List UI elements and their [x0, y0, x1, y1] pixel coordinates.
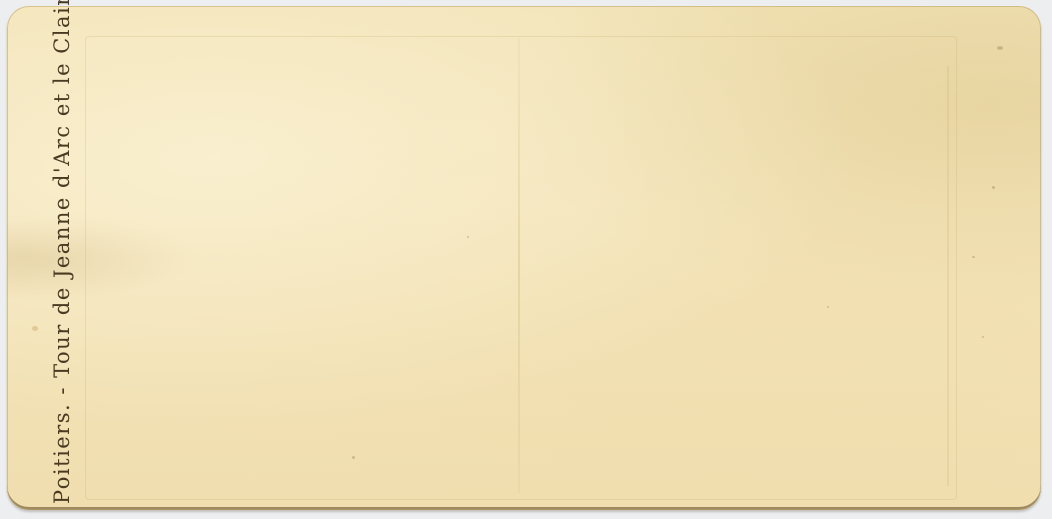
paper-speck	[982, 336, 984, 338]
scan-background: Poitiers. - Tour de Jeanne d'Arc et le C…	[0, 0, 1052, 519]
handwritten-caption: Poitiers. - Tour de Jeanne d'Arc et le C…	[52, 0, 73, 504]
paper-speck	[827, 306, 829, 308]
right-margin-line	[947, 66, 949, 486]
inner-frame-border	[85, 36, 957, 500]
paper-speck	[992, 186, 995, 189]
stereoview-card-back: Poitiers. - Tour de Jeanne d'Arc et le C…	[7, 6, 1041, 510]
paper-stain	[32, 326, 38, 331]
center-fold-line	[518, 38, 520, 493]
paper-speck	[467, 236, 469, 238]
paper-speck	[997, 46, 1003, 50]
paper-speck	[352, 456, 355, 459]
paper-speck	[972, 256, 975, 258]
